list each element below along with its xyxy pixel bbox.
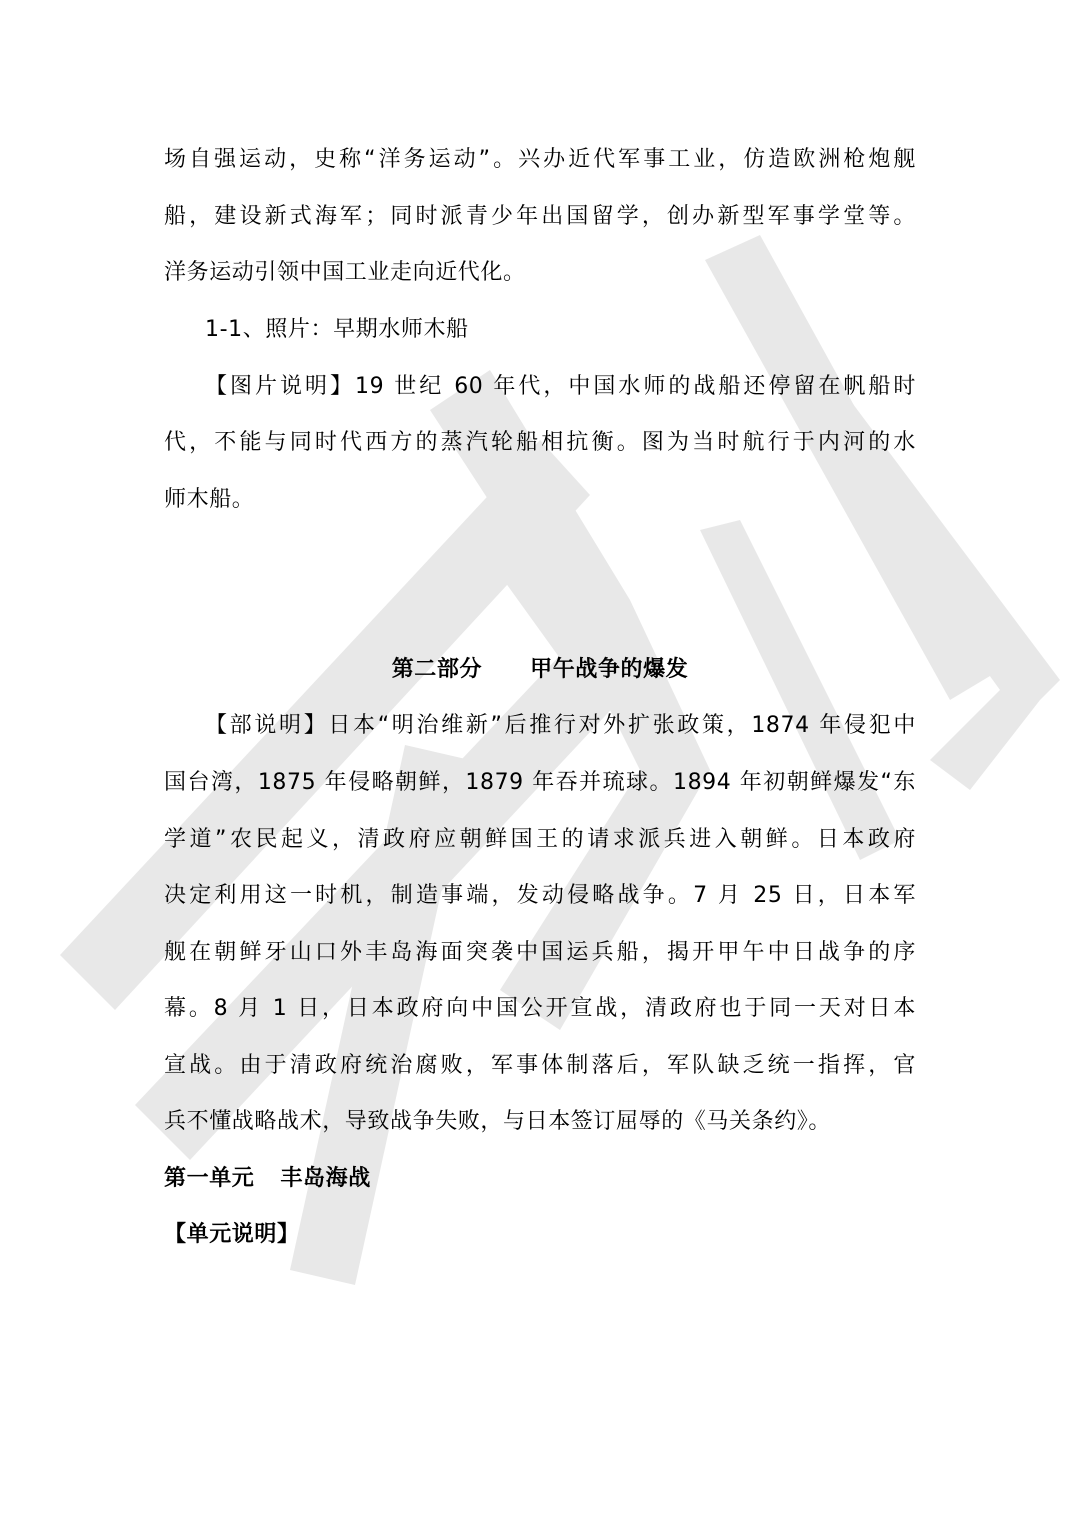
section-description-line: 学道”农民起义，清政府应朝鲜国王的请求派兵进入朝鲜。日本政府 [164,826,916,854]
unit-heading-title: 丰岛海战 [280,1166,370,1191]
unit-heading: 第一单元丰岛海战 [164,1165,916,1193]
paragraph-line: 洋务运动引领中国工业走向近代化。 [164,259,916,287]
section-heading-title: 甲午战争的爆发 [530,657,688,682]
section-description-line: 国台湾，1875 年侵略朝鲜，1879 年吞并琉球。1894 年初朝鲜爆发“东 [164,769,916,797]
paragraph-line: 船，建设新式海军；同时派青少年出国留学，创办新型军事学堂等。 [164,203,916,231]
section-heading: 第二部分甲午战争的爆发 [0,656,1080,684]
photo-item-title: 1-1、照片：早期水师木船 [205,316,957,344]
photo-caption-line: 代，不能与同时代西方的蒸汽轮船相抗衡。图为当时航行于内河的水 [164,429,916,457]
unit-description-label: 【单元说明】 [164,1221,916,1249]
document-page: 场自强运动，史称“洋务运动”。兴办近代军事工业，仿造欧洲枪炮舰 船，建设新式海军… [0,0,1080,1528]
section-description-line: 舰在朝鲜牙山口外丰岛海面突袭中国运兵船，揭开甲午中日战争的序 [164,939,916,967]
section-description-line: 幕。8 月 1 日，日本政府向中国公开宣战，清政府也于同一天对日本 [164,995,916,1023]
section-description-line: 【部说明】日本“明治维新”后推行对外扩张政策，1874 年侵犯中 [164,712,916,740]
section-heading-part: 第二部分 [392,657,482,682]
unit-heading-number: 第一单元 [164,1166,254,1191]
photo-caption-line: 师木船。 [164,486,916,514]
section-description-line: 兵不懂战略战术，导致战争失败，与日本签订屈辱的《马关条约》。 [164,1108,916,1136]
paragraph-line: 场自强运动，史称“洋务运动”。兴办近代军事工业，仿造欧洲枪炮舰 [164,146,916,174]
photo-caption-line: 【图片说明】19 世纪 60 年代，中国水师的战船还停留在帆船时 [164,373,916,401]
section-description-line: 宣战。由于清政府统治腐败，军事体制落后，军队缺乏统一指挥，官 [164,1052,916,1080]
section-description-line: 决定利用这一时机，制造事端，发动侵略战争。7 月 25 日，日本军 [164,882,916,910]
